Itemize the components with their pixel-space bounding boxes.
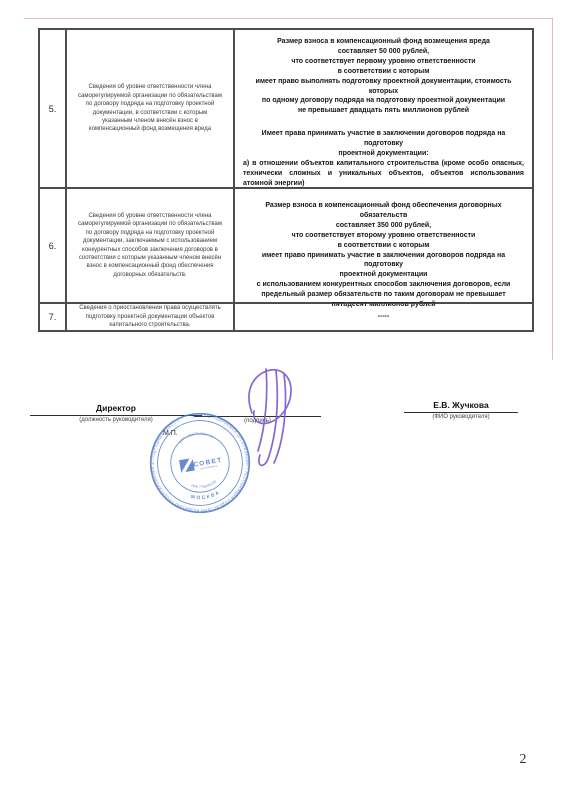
row6-description: Сведения об уровне ответственности члена…	[66, 188, 234, 303]
document-page: 5. Сведения об уровне ответственности чл…	[0, 0, 565, 800]
page-number: 2	[508, 752, 538, 768]
row7-number: 7.	[39, 303, 66, 331]
head-name: Е.В. Жучкова	[404, 393, 518, 413]
svg-text:ИНН 7725255700: ИНН 7725255700	[190, 479, 218, 491]
row6-content: Размер взноса в компенсационный фонд обе…	[234, 188, 533, 303]
handwritten-signature	[222, 363, 308, 477]
row6-number: 6.	[39, 188, 66, 303]
name-caption: (ФИО руководителя)	[404, 413, 518, 420]
row7-content-dashes: -----	[243, 312, 524, 322]
scan-artifact-horizontal	[24, 18, 553, 19]
row7-content: -----	[234, 303, 533, 331]
row5-number: 5.	[39, 29, 66, 188]
row5-description: Сведения об уровне ответственности члена…	[66, 29, 234, 188]
stamp-ogrn: ОГРН 1037714058731	[177, 429, 214, 445]
registry-table: 5. Сведения об уровне ответственности чл…	[38, 28, 534, 332]
signature-name-group: Е.В. Жучкова (ФИО руководителя)	[404, 393, 518, 420]
row5-content-fund: Размер взноса в компенсационный фонд воз…	[243, 37, 524, 116]
row6-content-fund: Размер взноса в компенсационный фонд обе…	[243, 201, 524, 310]
row5-content-item-a: а) в отношении объектов капитального стр…	[243, 159, 524, 189]
stamp-inn: ИНН 7725255700	[190, 479, 218, 491]
row5-content: Размер взноса в компенсационный фонд воз…	[234, 29, 533, 188]
scan-artifact-vertical	[552, 18, 553, 360]
svg-text:ОГРН 1037714058731: ОГРН 1037714058731	[177, 429, 214, 445]
row5-content-rights: Имеет права принимать участие в заключен…	[243, 129, 524, 159]
row7-description: Сведения о приостановлении права осущест…	[66, 303, 234, 331]
